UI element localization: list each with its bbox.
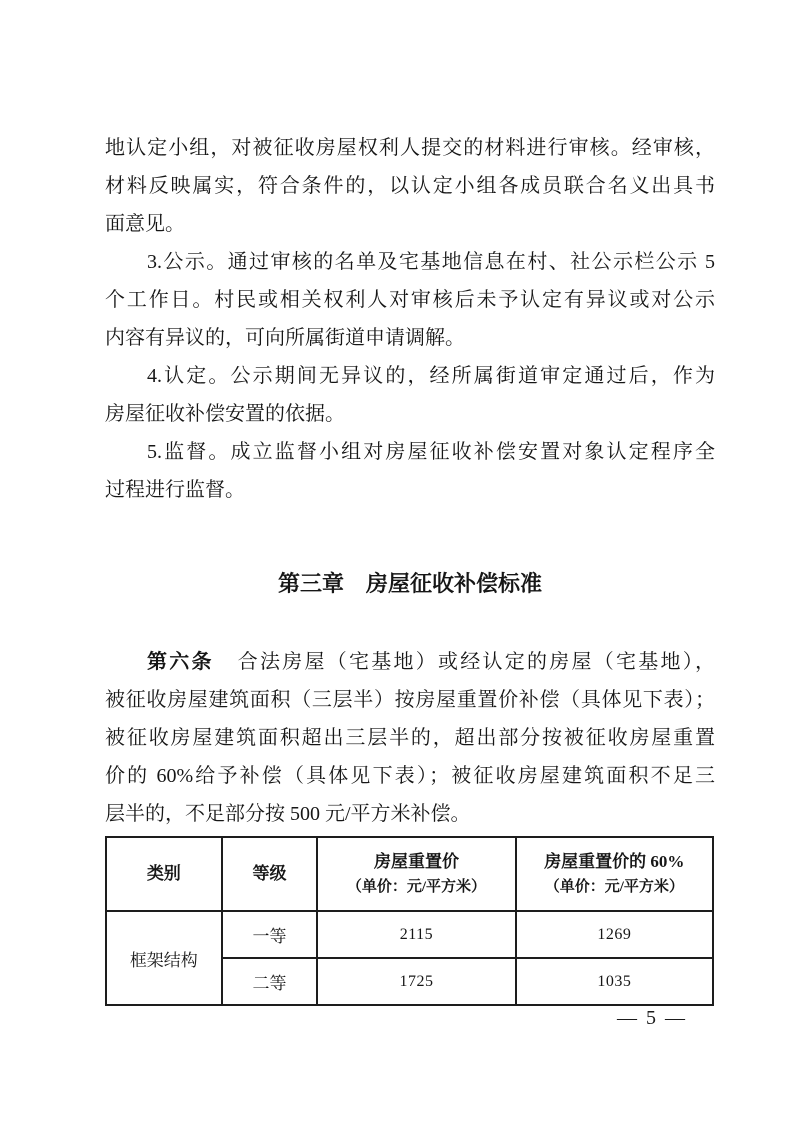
table-header-grade: 等级	[222, 837, 318, 911]
paragraph: 5.监督。成立监督小组对房屋征收补偿安置对象认定程序全 过程进行监督。	[105, 433, 715, 509]
page-number: — 5 —	[617, 1004, 687, 1032]
article-paragraph: 第六条合法房屋（宅基地）或经认定的房屋（宅基地）， 被征收房屋建筑面积（三层半）…	[105, 643, 715, 833]
table-header-price60-unit: （单价：元/平方米）	[517, 875, 712, 899]
text-line: 过程进行监督。	[105, 471, 715, 509]
text-line: 第六条合法房屋（宅基地）或经认定的房屋（宅基地），	[105, 643, 715, 681]
table-header-price-title: 房屋重置价	[318, 849, 514, 875]
text-line: 内容有异议的，可向所属街道申请调解。	[105, 319, 715, 357]
text-line: 4.认定。公示期间无异议的，经所属街道审定通过后，作为	[105, 357, 715, 395]
table-cell-grade: 一等	[222, 911, 318, 958]
text-line: 面意见。	[105, 205, 715, 243]
table-cell-price60: 1269	[516, 911, 713, 958]
chapter-heading: 第三章 房屋征收补偿标准	[105, 565, 715, 603]
text-line: 材料反映属实，符合条件的，以认定小组各成员联合名义出具书	[105, 167, 715, 205]
compensation-table: 类别 等级 房屋重置价 （单价：元/平方米） 房屋重置价的 60% （单价：元/…	[105, 836, 714, 1006]
table-cell-category: 框架结构	[106, 911, 222, 1005]
document-content: 地认定小组，对被征收房屋权利人提交的材料进行审核。经审核， 材料反映属实，符合条…	[105, 129, 715, 1006]
table-header-price: 房屋重置价 （单价：元/平方米）	[317, 837, 515, 911]
table-row: 框架结构 一等 2115 1269	[106, 911, 713, 958]
table-header-category-label: 类别	[107, 861, 221, 887]
table-header-row: 类别 等级 房屋重置价 （单价：元/平方米） 房屋重置价的 60% （单价：元/…	[106, 837, 713, 911]
text-line: 地认定小组，对被征收房屋权利人提交的材料进行审核。经审核，	[105, 129, 715, 167]
text-line: 房屋征收补偿安置的依据。	[105, 395, 715, 433]
text-line: 价的 60%给予补偿（具体见下表）；被征收房屋建筑面积不足三	[105, 757, 715, 795]
text-line: 个工作日。村民或相关权利人对审核后未予认定有异议或对公示	[105, 281, 715, 319]
table-cell-price: 1725	[317, 958, 515, 1005]
table-header-price-unit: （单价：元/平方米）	[318, 875, 514, 899]
text-line: 合法房屋（宅基地）或经认定的房屋（宅基地），	[238, 651, 715, 673]
text-line: 5.监督。成立监督小组对房屋征收补偿安置对象认定程序全	[105, 433, 715, 471]
text-line: 被征收房屋建筑面积（三层半）按房屋重置价补偿（具体见下表）；	[105, 681, 715, 719]
paragraph: 3.公示。通过审核的名单及宅基地信息在村、社公示栏公示 5 个工作日。村民或相关…	[105, 243, 715, 357]
document-page: 地认定小组，对被征收房屋权利人提交的材料进行审核。经审核， 材料反映属实，符合条…	[0, 0, 800, 1132]
table-cell-price60: 1035	[516, 958, 713, 1005]
table-cell-grade: 二等	[222, 958, 318, 1005]
table-header-category: 类别	[106, 837, 222, 911]
table-header-price60-title: 房屋重置价的 60%	[517, 849, 712, 875]
paragraph: 地认定小组，对被征收房屋权利人提交的材料进行审核。经审核， 材料反映属实，符合条…	[105, 129, 715, 243]
table-header-price60: 房屋重置价的 60% （单价：元/平方米）	[516, 837, 713, 911]
article-number: 第六条	[147, 651, 214, 673]
table-cell-price: 2115	[317, 911, 515, 958]
text-line: 被征收房屋建筑面积超出三层半的，超出部分按被征收房屋重置	[105, 719, 715, 757]
text-line: 层半的，不足部分按 500 元/平方米补偿。	[105, 795, 715, 833]
table-header-grade-label: 等级	[223, 861, 317, 887]
text-line: 3.公示。通过审核的名单及宅基地信息在村、社公示栏公示 5	[105, 243, 715, 281]
paragraph: 4.认定。公示期间无异议的，经所属街道审定通过后，作为 房屋征收补偿安置的依据。	[105, 357, 715, 433]
